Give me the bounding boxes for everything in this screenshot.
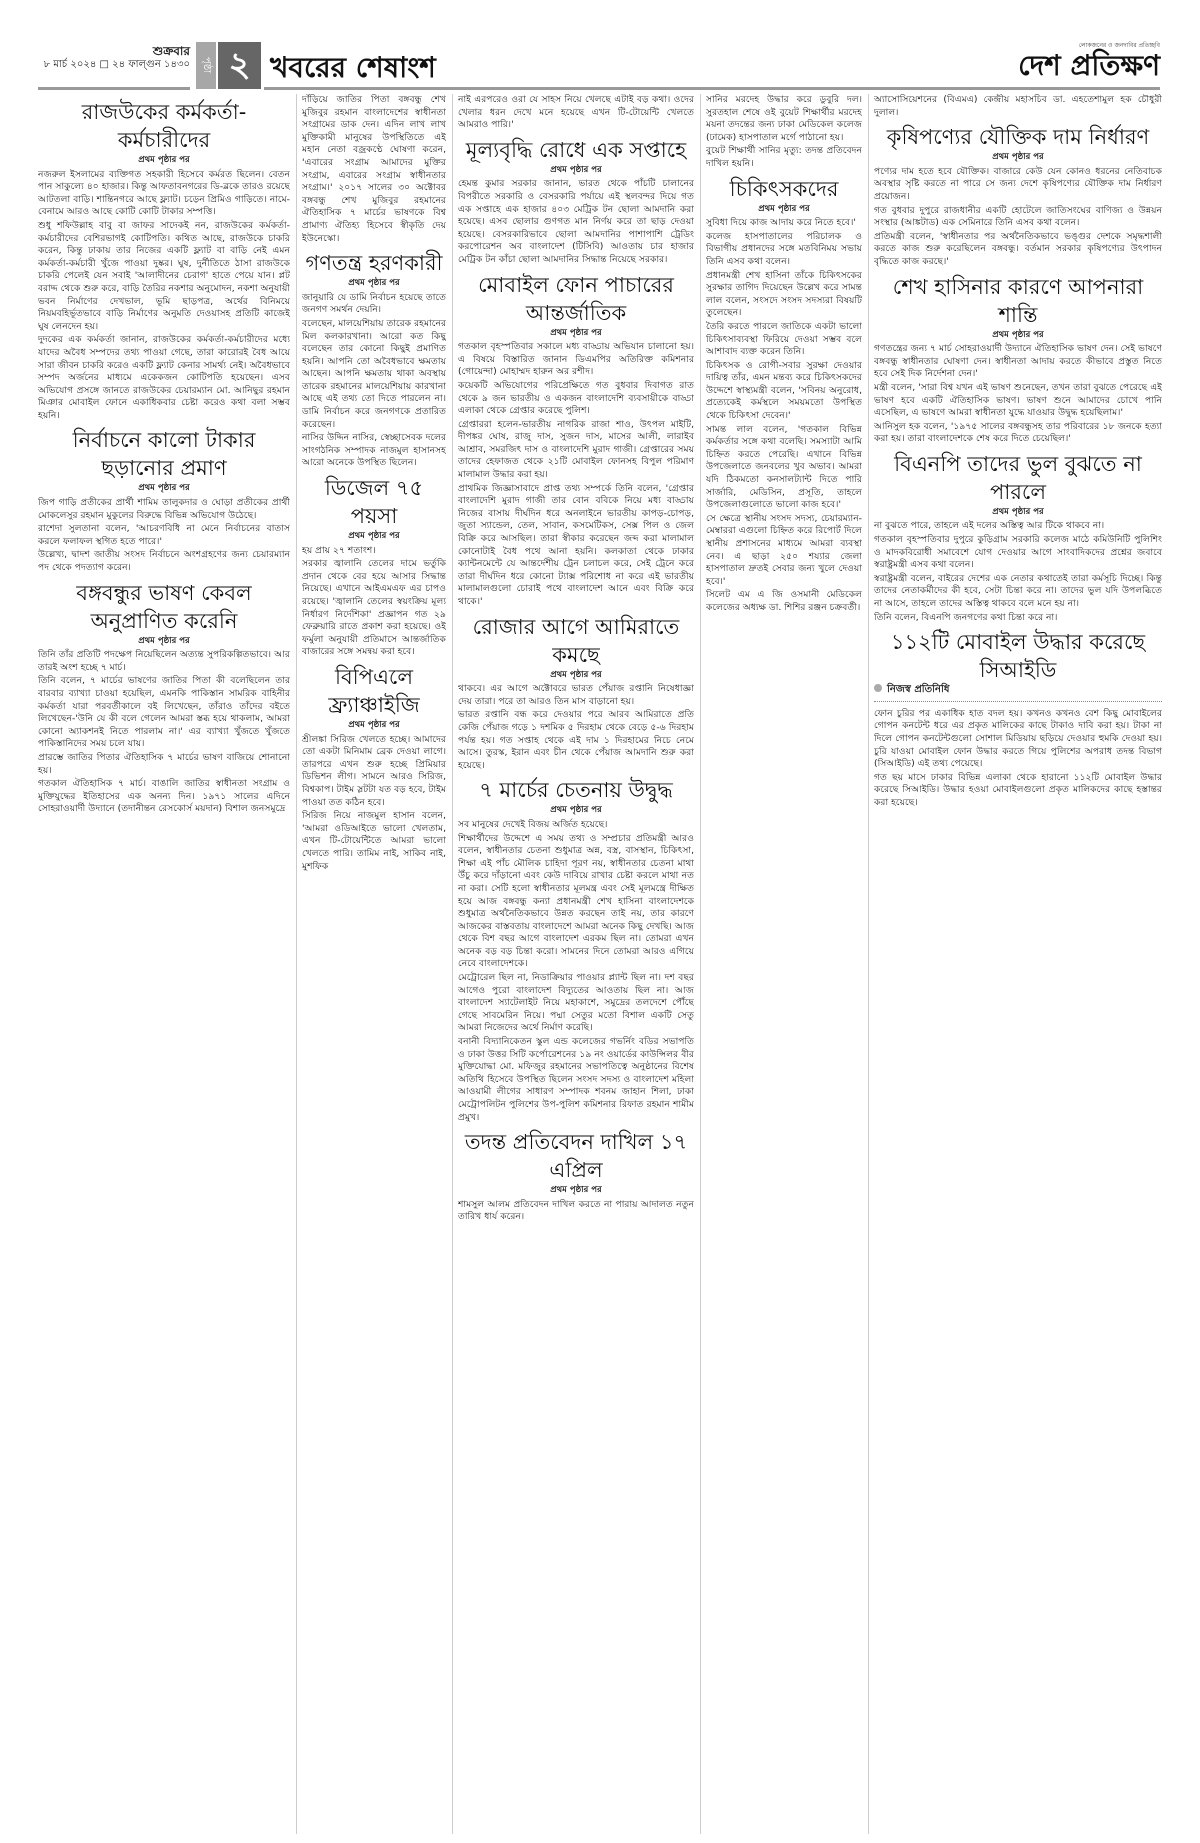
paragraph: ভারত রপ্তানি বন্ধ করে দেওয়ার পরে আরব আম… bbox=[458, 709, 694, 772]
headline[interactable]: রাজউকের কর্মকর্তা-কর্মচারীদের bbox=[38, 98, 290, 154]
headline[interactable]: তদন্ত প্রতিবেদন দাখিল ১৭ এপ্রিল bbox=[458, 1128, 694, 1184]
headline[interactable]: বিপিএলে ফ্র্যাঞ্চাইজি bbox=[302, 663, 446, 719]
article-democracy-snatcher: গণতন্ত্র হরণকারী প্রথম পৃষ্ঠার পর জানুয়… bbox=[302, 249, 446, 470]
article-bnp-mistake: বিএনপি তাদের ভুল বুঝতে না পারলে প্রথম পৃ… bbox=[874, 450, 1162, 624]
issue-date-text: ৮ মার্চ ২০২৪ □ ২৪ ফাল্গুন ১৪৩০ bbox=[38, 58, 190, 72]
paragraph: মন্ত্রী বলেন, 'সারা বিশ্ব যখন এই ভাষণ শু… bbox=[874, 382, 1162, 420]
paragraph: সানির মরদেহ উদ্ধার করে ডুবুরি দল। সুরতহা… bbox=[706, 94, 862, 144]
article-price-hike: মূল্যবৃদ্ধি রোধে এক সপ্তাহে প্রথম পৃষ্ঠা… bbox=[458, 136, 694, 267]
continued-label: প্রথম পৃষ্ঠার পর bbox=[458, 669, 694, 682]
headline[interactable]: ৭ মার্চের চেতনায় উদ্বুদ্ধ bbox=[458, 776, 694, 804]
paragraph: শ্রীলঙ্কা সিরিজ খেলতে হচ্ছে। আমাদের তো এ… bbox=[302, 734, 446, 810]
paragraph: শামসুল আলম প্রতিবেদন দাখিল করতে না পারায… bbox=[458, 1199, 694, 1224]
article-doctors: চিকিৎসকদের প্রথম পৃষ্ঠার পর সুবিধা দিয়ে… bbox=[706, 175, 862, 615]
paragraph: আনিসুল হক বলেন, '১৯৭৫ সালের বঙ্গবন্ধুসহ … bbox=[874, 421, 1162, 446]
paragraph: কয়েকটি অভিযোগের পরিপ্রেক্ষিতে গত বুধবার… bbox=[458, 380, 694, 418]
continued-label: প্রথম পৃষ্ঠার পর bbox=[38, 635, 290, 648]
paragraph: প্রতিমন্ত্রী বলেন, 'স্বাধীনতার পর অর্থনৈ… bbox=[874, 231, 1162, 269]
article-rajuk: রাজউকের কর্মকর্তা-কর্মচারীদের প্রথম পৃষ্… bbox=[38, 98, 290, 422]
headline[interactable]: বঙ্গবন্ধুর ভাষণ কেবল অনুপ্রাণিত করেনি bbox=[38, 579, 290, 635]
continued-label: প্রথম পৃষ্ঠার পর bbox=[458, 164, 694, 177]
article-diesel-price: ডিজেল ৭৫ পয়সা প্রথম পৃষ্ঠার পর হয় প্রা… bbox=[302, 474, 446, 659]
paragraph: উল্লেখ্য, দ্বাদশ জাতীয় সংসদ নির্বাচনে অ… bbox=[38, 549, 290, 574]
bullet-icon bbox=[874, 684, 882, 692]
paragraph: তৈরি করতে পারলে জাতিকে একটা ভালো চিকিৎসা… bbox=[706, 321, 862, 359]
paragraph: স্বরাষ্ট্রমন্ত্রী বলেন, বাইরের দেশের এক … bbox=[874, 573, 1162, 611]
paragraph: না বুঝতে পারে, তাহলে এই দলের অস্তিত্ব আর… bbox=[874, 520, 1162, 533]
divider bbox=[264, 87, 1160, 90]
headline[interactable]: শেখ হাসিনার কারণে আপনারা শান্তি bbox=[874, 273, 1162, 329]
continued-label: প্রথম পৃষ্ঠার পর bbox=[38, 482, 290, 495]
column-rule bbox=[700, 94, 701, 1834]
paragraph: বনানী বিদ্যানিকেতন স্কুল এন্ড কলেজের গভর… bbox=[458, 1036, 694, 1124]
continued-label: প্রথম পৃষ্ঠার পর bbox=[874, 151, 1162, 164]
article-cid-mobile-recovery: ১১২টি মোবাইল উদ্ধার করেছে সিআইডি নিজস্ব … bbox=[874, 628, 1162, 809]
paragraph: সে ক্ষেত্রে স্থানীয় সংসদ সদস্য, চেয়ারম… bbox=[706, 513, 862, 589]
page-number: ২ bbox=[218, 42, 261, 89]
paragraph: দাঁড়িয়ে জাতির পিতা বঙ্গবন্ধু শেখ মুজিব… bbox=[302, 94, 446, 245]
issue-date: শুক্রবার ৮ মার্চ ২০২৪ □ ২৪ ফাল্গুন ১৪৩০ bbox=[38, 44, 190, 72]
paragraph: শিক্ষার্থীদের উদ্দেশে এ সময় তথ্য ও সম্প… bbox=[458, 833, 694, 972]
article-bangabandhu-speech: বঙ্গবন্ধুর ভাষণ কেবল অনুপ্রাণিত করেনি প্… bbox=[38, 579, 290, 816]
newspaper-logo: লোকজনের ও জনদাবির প্রতিচ্ছবি দেশ প্রতিক্… bbox=[1018, 40, 1160, 81]
continued-label: প্রথম পৃষ্ঠার পর bbox=[302, 530, 446, 543]
continued-label: প্রথম পৃষ্ঠার পর bbox=[874, 506, 1162, 519]
paragraph: সরকার জ্বালানি তেলের দামে ভর্তুকি প্রদান… bbox=[302, 558, 446, 659]
paragraph: পণ্যের দাম হতে হবে যৌক্তিক। বাজারে কেউ য… bbox=[874, 166, 1162, 204]
column-rule bbox=[452, 94, 453, 1834]
article-agri-price: কৃষিপণ্যের যৌক্তিক দাম নির্ধারণ প্রথম পৃ… bbox=[874, 123, 1162, 268]
article-investigation-report: তদন্ত প্রতিবেদন দাখিল ১৭ এপ্রিল প্রথম পৃ… bbox=[458, 1128, 694, 1224]
paragraph: সুবিধা দিয়ে কাজ আদায় করে নিতে হবে।' bbox=[706, 217, 862, 230]
paragraph: রাশেদা সুলতানা বলেন, 'আচরণবিধি না মেনে ন… bbox=[38, 523, 290, 548]
paragraph: গতকাল ঐতিহাসিক ৭ মার্চ। বাঙালি জাতির স্ব… bbox=[38, 778, 290, 816]
paragraph: সিরিজ নিয়ে নাজমুল হাসান বলেন, 'আমরা ওডি… bbox=[302, 810, 446, 873]
paragraph: প্রাথমিক জিজ্ঞাসাবাদে প্রাপ্ত তথ্য সম্পর… bbox=[458, 483, 694, 609]
continued-label: প্রথম পৃষ্ঠার পর bbox=[302, 719, 446, 732]
paragraph: ফোন চুরির পর একাধিক হাত বদল হয়। কখনও কখ… bbox=[874, 708, 1162, 771]
article-bpl-franchise: বিপিএলে ফ্র্যাঞ্চাইজি প্রথম পৃষ্ঠার পর শ… bbox=[302, 663, 446, 873]
headline[interactable]: গণতন্ত্র হরণকারী bbox=[302, 249, 446, 277]
article-mobile-smuggling: মোবাইল ফোন পাচারের আন্তর্জাতিক প্রথম পৃষ… bbox=[458, 271, 694, 609]
paragraph: শুধু শফিউল্লাহ বাবু বা জাফর সাদেকই নন, র… bbox=[38, 220, 290, 333]
paragraph: প্রারম্ভে জাতির পিতার ঐতিহাসিক ৭ মার্চের… bbox=[38, 752, 290, 777]
paragraph: জানুয়ারি যে ডামি নির্বাচন হয়েছে তাতে জ… bbox=[302, 292, 446, 317]
column-4: সানির মরদেহ উদ্ধার করে ডুবুরি দল। সুরতহা… bbox=[706, 94, 862, 1834]
headline[interactable]: মোবাইল ফোন পাচারের আন্তর্জাতিক bbox=[458, 271, 694, 327]
paragraph: বলেছেন, মালয়েশিয়ায় তারেক রহমানের মিল … bbox=[302, 318, 446, 431]
article-uae-onion: রোজার আগে আমিরাতে কমছে প্রথম পৃষ্ঠার পর … bbox=[458, 613, 694, 773]
continued-label: প্রথম পৃষ্ঠার পর bbox=[302, 277, 446, 290]
headline[interactable]: রোজার আগে আমিরাতে কমছে bbox=[458, 613, 694, 669]
column-3: নাই এরপরেও ওরা যে সাহস নিয়ে খেলছে এটাই … bbox=[458, 94, 694, 1834]
paragraph: জিপ গাড়ি প্রতীকের প্রার্থী শামিম তালুকদ… bbox=[38, 497, 290, 522]
column-1: রাজউকের কর্মকর্তা-কর্মচারীদের প্রথম পৃষ্… bbox=[38, 94, 290, 1834]
paragraph: চিকিৎসক ও রোগী-সবার সুরক্ষা দেওয়ার দায়… bbox=[706, 360, 862, 423]
paragraph: কলেজ হাসপাতালের পরিচালক ও বিভাগীয় প্রধা… bbox=[706, 231, 862, 269]
logo-name: দেশ প্রতিক্ষণ bbox=[1018, 51, 1160, 81]
continued-label: প্রথম পৃষ্ঠার পর bbox=[458, 1184, 694, 1197]
paragraph: গতকাল বৃহস্পতিবার সকালে মধ্য বাড্ডায় অভ… bbox=[458, 341, 694, 379]
paragraph: তিনি বলেন, বিএনপি জনগণের কথা চিন্তা করে … bbox=[874, 612, 1162, 625]
headline[interactable]: বিএনপি তাদের ভুল বুঝতে না পারলে bbox=[874, 450, 1162, 506]
paragraph: মেট্রোরেল ছিল না, নিডাক্রিয়ার পাওয়ার প… bbox=[458, 972, 694, 1035]
paragraph: বুয়েট শিক্ষার্থী সানির মৃত্যু: তদন্ত প্… bbox=[706, 145, 862, 170]
column-5: অ্যাসোসিয়েশনের (বিএমএ) কেন্দ্রীয় মহাসচ… bbox=[874, 94, 1162, 1834]
byline-text: নিজস্ব প্রতিনিধি bbox=[887, 684, 949, 695]
headline[interactable]: কৃষিপণ্যের যৌক্তিক দাম নির্ধারণ bbox=[874, 123, 1162, 151]
headline[interactable]: ১১২টি মোবাইল উদ্ধার করেছে সিআইডি bbox=[874, 628, 1162, 684]
article-sheikh-hasina-peace: শেখ হাসিনার কারণে আপনারা শান্তি প্রথম পৃ… bbox=[874, 273, 1162, 446]
headline[interactable]: মূল্যবৃদ্ধি রোধে এক সপ্তাহে bbox=[458, 136, 694, 164]
continued-label: প্রথম পৃষ্ঠার পর bbox=[38, 154, 290, 167]
continued-label: প্রথম পৃষ্ঠার পর bbox=[458, 327, 694, 340]
article-march7-continued: দাঁড়িয়ে জাতির পিতা বঙ্গবন্ধু শেখ মুজিব… bbox=[302, 94, 446, 245]
paragraph: থাকবে। এর আগে অক্টোবরে ভারত পেঁয়াজ রপ্ত… bbox=[458, 683, 694, 708]
headline[interactable]: নির্বাচনে কালো টাকার ছড়ানোর প্রমাণ bbox=[38, 426, 290, 482]
paragraph: নাই এরপরেও ওরা যে সাহস নিয়ে খেলছে এটাই … bbox=[458, 94, 694, 132]
byline: নিজস্ব প্রতিনিধি bbox=[874, 684, 1162, 702]
paragraph: তিনি তাঁর প্রতিটি পদক্ষেপ নিয়েছিলেন অত্… bbox=[38, 649, 290, 674]
paragraph: তিনি বলেন, ৭ মার্চের ভাষণের জাতির পিতা ক… bbox=[38, 675, 290, 751]
continued-label: প্রথম পৃষ্ঠার পর bbox=[458, 804, 694, 817]
page-label: পৃষ্ঠা bbox=[196, 42, 216, 89]
paragraph: দুদকের এক কর্মকর্তা জানান, রাজউকের কর্মক… bbox=[38, 334, 290, 422]
paragraph: নজরুল ইসলামের ব্যক্তিগত সহকারী হিসেবে কর… bbox=[38, 169, 290, 219]
paragraph: গতকাল বৃহস্পতিবার দুপুরে কুড়িগ্রাম সরকা… bbox=[874, 534, 1162, 572]
paragraph: হেমন্ত কুমার সরকার জানান, ভারত থেকে পাঁচ… bbox=[458, 178, 694, 266]
column-rule bbox=[296, 94, 297, 1834]
masthead: শুক্রবার ৮ মার্চ ২০২৪ □ ২৪ ফাল্গুন ১৪৩০ … bbox=[38, 40, 1160, 88]
paragraph: সামন্ত লাল বলেন, 'গতকাল বিভিন্ন কর্মকর্ত… bbox=[706, 424, 862, 512]
column-2: দাঁড়িয়ে জাতির পিতা বঙ্গবন্ধু শেখ মুজিব… bbox=[302, 94, 446, 1834]
paragraph: প্রধানমন্ত্রী শেখ হাসিনা তাঁকে চিকিৎসকের… bbox=[706, 270, 862, 320]
paragraph: গণতন্ত্রের জন্য ৭ মার্চ সোহরাওয়ার্দী উদ… bbox=[874, 343, 1162, 381]
paragraph: সব মানুষের দেখেই বিজয় অর্জিত হয়েছে। bbox=[458, 819, 694, 832]
column-rule bbox=[868, 94, 869, 1834]
issue-day: শুক্রবার bbox=[38, 44, 190, 58]
paragraph: গত ছয় মাসে ঢাকার বিভিন্ন এলাকা থেকে হার… bbox=[874, 772, 1162, 810]
continued-label: প্রথম পৃষ্ঠার পর bbox=[706, 203, 862, 216]
headline[interactable]: চিকিৎসকদের bbox=[706, 175, 862, 203]
article-election-black-money: নির্বাচনে কালো টাকার ছড়ানোর প্রমাণ প্রথ… bbox=[38, 426, 290, 574]
continued-label: প্রথম পৃষ্ঠার পর bbox=[874, 329, 1162, 342]
paragraph: হয় প্রায় ২৭ শতাংশ। bbox=[302, 545, 446, 558]
divider bbox=[38, 87, 190, 90]
headline[interactable]: ডিজেল ৭৫ পয়সা bbox=[302, 474, 446, 530]
paragraph: গত বুধবার দুপুরে রাজধানীর একটি হোটেলে জা… bbox=[874, 205, 1162, 230]
paragraph: গ্রেপ্তাররা হলেন-ভারতীয় নাগরিক রাজা শাও… bbox=[458, 419, 694, 482]
paragraph: অ্যাসোসিয়েশনের (বিএমএ) কেন্দ্রীয় মহাসচ… bbox=[874, 94, 1162, 119]
section-title: খবরের শেষাংশ bbox=[270, 46, 436, 93]
paragraph: সিলেট এম এ জি ওসমানী মেডিকেল কলেজের অধ্য… bbox=[706, 589, 862, 614]
paragraph: নাসির উদ্দিন নাসির, স্বেচ্ছাসেবক দলের সা… bbox=[302, 432, 446, 470]
article-march7-spirit: ৭ মার্চের চেতনায় উদ্বুদ্ধ প্রথম পৃষ্ঠার… bbox=[458, 776, 694, 1124]
